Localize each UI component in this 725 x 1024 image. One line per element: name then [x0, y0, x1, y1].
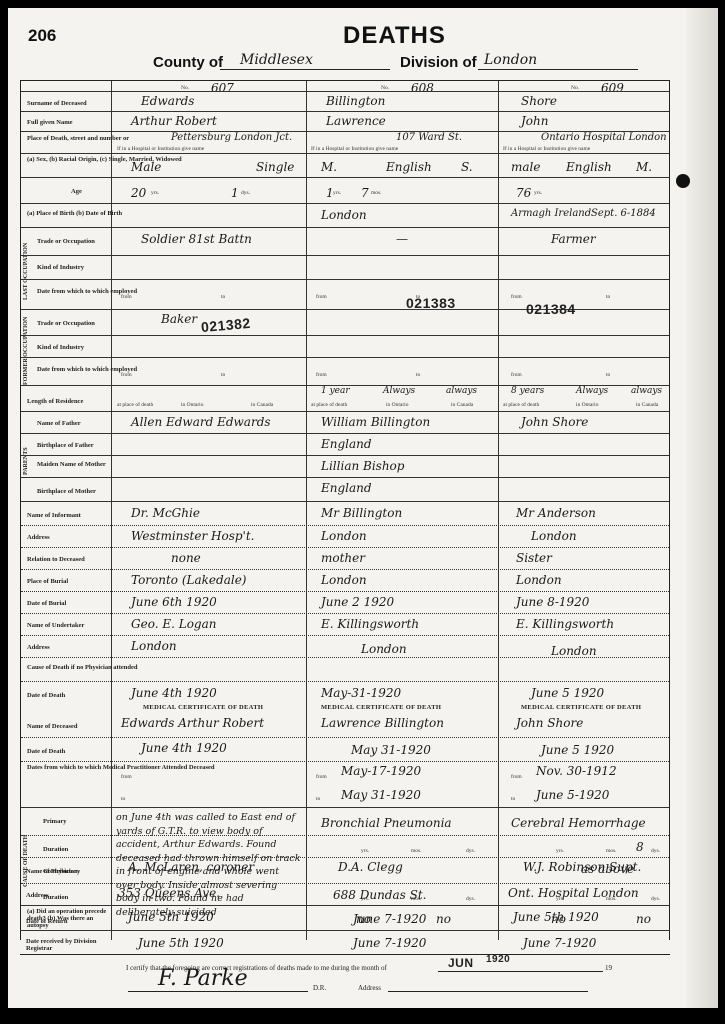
record-2-surname: Billington	[326, 94, 385, 108]
record-3-cert-date: June 5 1920	[541, 743, 614, 757]
record-1-informant-address: Westminster Hosp't.	[131, 529, 254, 543]
in-canada-label: in Canada	[636, 402, 658, 408]
mos-label: mos.	[371, 190, 382, 196]
record-2-burial-place: London	[321, 573, 367, 587]
date-of-return-label: Date of Return	[26, 918, 68, 925]
record-3-physician-address: Ont. Hospital London	[508, 886, 639, 900]
record-3-residence-place: 8 years	[511, 386, 544, 396]
record-3-residence-ontario: Always	[576, 386, 608, 396]
from-label: from	[121, 372, 132, 378]
record-3-cause-primary: Cerebral Hemorrhage	[511, 816, 646, 830]
record-3-informant-address: London	[531, 529, 577, 543]
address-line	[388, 978, 588, 992]
dys-label: dys.	[241, 190, 250, 196]
row-informant-address: Address Westminster Hosp't. London Londo…	[21, 525, 669, 547]
row-age: Age 20 yrs. 1 dys. 1 yrs. 7 mos. 76 yrs.	[21, 177, 669, 203]
record-3-burial-date: June 8-1920	[516, 595, 589, 609]
cert-name-label: Name of Deceased	[27, 723, 78, 730]
record-2-informant-address: London	[321, 529, 367, 543]
page-number: 206	[28, 26, 56, 46]
father-birthplace-label: Birthplace of Father	[37, 442, 94, 449]
record-2-residence-canada: always	[446, 386, 477, 396]
record-2-informant: Mr Billington	[321, 506, 402, 520]
year-stamp: 1920	[486, 954, 510, 965]
record-2-residence-place: 1 year	[321, 386, 350, 396]
row-place-of-death: Place of Death, street and number or Pet…	[21, 131, 669, 153]
record-1-burial-date: June 6th 1920	[131, 595, 217, 609]
row-sex-origin-marital: (a) Sex, (b) Racial Origin, (c) Single, …	[21, 153, 669, 177]
county-value: Middlesex	[220, 52, 390, 70]
record-2-burial-date: June 2 1920	[321, 595, 394, 609]
footer-divider	[20, 954, 670, 955]
in-canada-label: in Canada	[251, 402, 273, 408]
record-3-autopsy: no	[636, 912, 651, 926]
to-label: to	[121, 796, 125, 802]
record-2-marital: S.	[461, 160, 473, 174]
record-2-physician: D.A. Clegg	[338, 860, 403, 874]
record-1-relation: none	[171, 551, 201, 565]
record-1-date-received: June 5th 1920	[138, 936, 224, 950]
surname-label: Surname of Deceased	[27, 100, 87, 107]
dys-label: dys.	[466, 896, 475, 902]
mos-label: mos.	[411, 848, 422, 854]
place-of-death-label: Place of Death, street and number or	[27, 135, 129, 142]
record-3-father: John Shore	[521, 415, 588, 429]
record-2-undertaker-address: London	[361, 642, 407, 656]
to-label: to	[511, 796, 515, 802]
record-3-attended-to: June 5-1920	[536, 788, 609, 802]
record-1-informant: Dr. McGhie	[131, 506, 200, 520]
year-suffix: 19	[605, 964, 612, 972]
row-mother-maiden: Maiden Name of Mother Lillian Bishop	[21, 455, 669, 477]
row-residence: Length of Residence at place of death in…	[21, 385, 669, 411]
record-1-burial-place: Toronto (Lakedale)	[131, 573, 246, 587]
date-received-label: Date received by Division Registrar	[26, 938, 106, 952]
record-1-cert-date: June 4th 1920	[141, 741, 227, 755]
row-trade: Trade or Occupation Soldier 81st Battn —…	[21, 227, 669, 255]
record-2-physician-address: 688 Dundas St.	[333, 888, 426, 902]
to-label: to	[316, 796, 320, 802]
row-former-industry: Kind of Industry	[21, 335, 669, 357]
binder-hole	[676, 174, 690, 188]
record-2-attended-from: May-17-1920	[341, 764, 421, 778]
to-label: to	[606, 372, 610, 378]
county-label: County of	[153, 54, 223, 71]
from-label: from	[316, 294, 327, 300]
record-1-undertaker: Geo. E. Logan	[131, 617, 216, 631]
in-canada-label: in Canada	[451, 402, 473, 408]
row-birth: (a) Place of Birth (b) Date of Birth Lon…	[21, 203, 669, 227]
scan-edge	[686, 8, 718, 1008]
record-1-surname: Edwards	[141, 94, 194, 108]
record-1-age-dys: 1	[231, 186, 239, 200]
record-3-physician: W.J. Robinson Supt.	[523, 860, 641, 874]
record-2-cert-name: Lawrence Billington	[321, 716, 444, 730]
given-name-label: Full given Name	[27, 119, 73, 126]
record-3-surname: Shore	[521, 94, 557, 108]
record-3-stamp: 021384	[526, 301, 576, 317]
record-3-cert-name: John Shore	[516, 716, 583, 730]
yrs-label: yrs.	[151, 190, 159, 196]
date-of-death-label: Date of Death	[27, 692, 65, 699]
at-place-label: at place of death	[311, 402, 347, 408]
record-2-trade: —	[396, 232, 408, 246]
record-3-given-name: John	[521, 114, 549, 128]
from-label: from	[511, 372, 522, 378]
division-label: Division of	[400, 54, 477, 71]
hospital-note: If in a Hospital or Institution give nam…	[503, 146, 590, 152]
record-3-attended-from: Nov. 30-1912	[536, 764, 617, 778]
register-table: No. 607 No. 608 No. 609 Surname of Decea…	[20, 80, 670, 940]
record-2-cert-date: May 31-1920	[351, 743, 431, 757]
row-surname: Surname of Deceased Edwards Billington S…	[21, 91, 669, 111]
record-3-birth-place: Armagh Ireland	[511, 208, 591, 219]
record-2-undertaker: E. Killingsworth	[321, 617, 419, 631]
row-undertaker: Name of Undertaker Geo. E. Logan E. Kill…	[21, 613, 669, 635]
former-trade-label: Trade or Occupation	[37, 320, 95, 327]
record-2-date-of-return: June 7-1920	[353, 912, 426, 926]
from-label: from	[511, 294, 522, 300]
record-3-sex: male	[511, 160, 540, 174]
industry-label: Kind of Industry	[37, 264, 84, 271]
record-1-date-of-return: June 5th 1920	[128, 910, 214, 924]
record-1-physician: A. McLaren, coroner	[128, 860, 254, 874]
from-label: from	[121, 294, 132, 300]
record-2-autopsy: no	[436, 912, 451, 926]
dys-label: dys.	[651, 848, 660, 854]
record-2-date-of-death: May-31-1920	[321, 686, 401, 700]
record-2-origin: English	[386, 160, 432, 174]
in-ontario-label: in Ontario	[386, 402, 408, 408]
record-1-sex: Male	[131, 160, 161, 174]
record-1-age-yrs: 20	[131, 186, 146, 200]
record-2-sex: M.	[321, 160, 337, 174]
to-label: to	[606, 294, 610, 300]
record-2-mother-birthplace: England	[321, 481, 372, 495]
record-2-date-received: June 7-1920	[353, 936, 426, 950]
death-register-page: 206 DEATHS County of Middlesex Division …	[8, 8, 718, 1008]
row-cause-no-physician: Cause of Death if no Physician attended	[21, 657, 669, 681]
row-burial-place: Place of Burial Toronto (Lakedale) Londo…	[21, 569, 669, 591]
to-label: to	[221, 372, 225, 378]
from-label: from	[316, 774, 327, 780]
yrs-label: yrs.	[534, 190, 542, 196]
primary-label: Primary	[43, 818, 66, 825]
record-3-marital: M.	[636, 160, 652, 174]
record-2-father: William Billington	[321, 415, 430, 429]
row-former-dates: Date from which to which employed from t…	[21, 357, 669, 385]
from-label: from	[121, 774, 132, 780]
record-1-date-of-death: June 4th 1920	[131, 686, 217, 700]
record-1-trade: Soldier 81st Battn	[141, 232, 252, 246]
burial-date-label: Date of Burial	[27, 600, 66, 607]
from-label: from	[316, 372, 327, 378]
row-burial-date: Date of Burial June 6th 1920 June 2 1920…	[21, 591, 669, 613]
hospital-note: If in a Hospital or Institution give nam…	[117, 146, 204, 152]
record-2-attended-to: May 31-1920	[341, 788, 421, 802]
undertaker-address-label: Address	[27, 644, 50, 651]
record-1-cert-name: Edwards Arthur Robert	[121, 716, 264, 730]
yrs-label: yrs.	[556, 848, 564, 854]
row-father: Name of Father Allen Edward Edwards Will…	[21, 411, 669, 433]
to-label: to	[416, 372, 420, 378]
record-3-burial-place: London	[516, 573, 562, 587]
record-1-marital: Single	[256, 160, 294, 174]
record-3-place-of-death: Ontario Hospital London	[541, 132, 667, 143]
hospital-note: If in a Hospital or Institution give nam…	[311, 146, 398, 152]
mother-maiden-label: Maiden Name of Mother	[37, 461, 106, 468]
record-3-age-yrs: 76	[516, 186, 531, 200]
record-3-duration: 8	[636, 840, 644, 854]
record-1-place-of-death: Pettersburg London Jct.	[171, 132, 292, 143]
age-label: Age	[71, 188, 82, 195]
page-title: DEATHS	[343, 22, 446, 50]
record-3-trade: Farmer	[551, 232, 596, 246]
row-relation: Relation to Deceased none mother Sister	[21, 547, 669, 569]
lower-divider	[20, 930, 670, 931]
record-2-mother-maiden: Lillian Bishop	[321, 459, 404, 473]
address-label-footer: Address	[358, 984, 381, 992]
medical-certificate-header: MEDICAL CERTIFICATE OF DEATH	[143, 704, 263, 711]
relation-label: Relation to Deceased	[27, 556, 85, 563]
record-3-date-received: June 7-1920	[523, 936, 596, 950]
row-informant: Name of Informant Dr. McGhie Mr Billingt…	[21, 501, 669, 525]
medical-certificate-header: MEDICAL CERTIFICATE OF DEATH	[321, 704, 441, 711]
row-undertaker-address: Address London London London	[21, 635, 669, 657]
row-duration: Duration yrs. mos. dys. yrs. mos. 8 dys.	[21, 835, 669, 857]
duration-label: Duration	[43, 846, 68, 853]
row-mother-birthplace: Birthplace of Mother England	[21, 477, 669, 501]
row-cert-name: Name of Deceased Edwards Arthur Robert L…	[21, 713, 669, 737]
to-label: to	[221, 294, 225, 300]
record-1-undertaker-address: London	[131, 639, 177, 653]
mother-birthplace-label: Birthplace of Mother	[37, 488, 96, 495]
dr-label: D.R.	[313, 984, 326, 992]
row-attended: Dates from which to which Medical Practi…	[21, 761, 669, 807]
record-2-father-birthplace: England	[321, 437, 372, 451]
record-3-undertaker: E. Killingsworth	[516, 617, 614, 631]
row-industry: Kind of Industry	[21, 255, 669, 279]
record-2-birth-place: London	[321, 208, 367, 222]
registrar-signature: F. Parke	[158, 966, 248, 991]
record-3-birth-date: Sept. 6-1884	[591, 208, 656, 219]
informant-label: Name of Informant	[27, 512, 81, 519]
month-stamp: JUN	[448, 956, 474, 970]
birth-label: (a) Place of Birth (b) Date of Birth	[27, 210, 122, 217]
record-2-relation: mother	[321, 551, 365, 565]
former-industry-label: Kind of Industry	[37, 344, 84, 351]
at-place-label: at place of death	[503, 402, 539, 408]
medical-certificate-header: MEDICAL CERTIFICATE OF DEATH	[521, 704, 641, 711]
record-2-age-mos: 7	[361, 186, 369, 200]
residence-label: Length of Residence	[27, 398, 83, 405]
physician-label: Name of Physician	[26, 868, 78, 875]
row-father-birthplace: Birthplace of Father England	[21, 433, 669, 455]
cause-no-physician-label: Cause of Death if no Physician attended	[27, 664, 138, 671]
in-ontario-label: in Ontario	[181, 402, 203, 408]
record-3-informant: Mr Anderson	[516, 506, 596, 520]
division-value: London	[478, 52, 638, 70]
record-3-relation: Sister	[516, 551, 552, 565]
record-3-origin: English	[566, 160, 612, 174]
trade-label: Trade or Occupation	[37, 238, 95, 245]
attended-label: Dates from which to which Medical Practi…	[27, 764, 215, 771]
record-3-residence-canada: always	[631, 386, 662, 396]
record-2-residence-ontario: Always	[383, 386, 415, 396]
from-label: from	[511, 774, 522, 780]
record-3-undertaker-address: London	[551, 644, 597, 658]
record-1-given-name: Arthur Robert	[131, 114, 217, 128]
record-3-date-of-death: June 5 1920	[531, 686, 604, 700]
undertaker-label: Name of Undertaker	[27, 622, 84, 629]
record-1-father: Allen Edward Edwards	[131, 415, 271, 429]
dys-label: dys.	[466, 848, 475, 854]
record-2-given-name: Lawrence	[326, 114, 386, 128]
record-2-place-of-death: 107 Ward St.	[396, 132, 462, 143]
record-2-stamp: 021383	[406, 295, 456, 311]
row-cert-date: Date of Death June 4th 1920 May 31-1920 …	[21, 737, 669, 761]
burial-place-label: Place of Burial	[27, 578, 68, 585]
yrs-label: yrs.	[333, 190, 341, 196]
father-label: Name of Father	[37, 420, 81, 427]
yrs-label: yrs.	[361, 848, 369, 854]
mos-label: mos.	[606, 848, 617, 854]
record-3-date-of-return: June 5th 1920	[513, 910, 599, 924]
row-date-of-death: Date of Death June 4th 1920 May-31-1920 …	[21, 681, 669, 713]
in-ontario-label: in Ontario	[576, 402, 598, 408]
record-1-former-trade: Baker	[161, 312, 197, 326]
address-label: Address	[27, 534, 50, 541]
cert-date-label: Date of Death	[27, 748, 65, 755]
at-place-label: at place of death	[117, 402, 153, 408]
record-2-cause-primary: Bronchial Pneumonia	[321, 816, 452, 830]
record-1-physician-address: 353 Queens Ave.	[118, 886, 220, 900]
dys-label: dys.	[651, 896, 660, 902]
row-given-name: Full given Name Arthur Robert Lawrence J…	[21, 111, 669, 131]
physician-address-label: Address	[26, 892, 49, 899]
